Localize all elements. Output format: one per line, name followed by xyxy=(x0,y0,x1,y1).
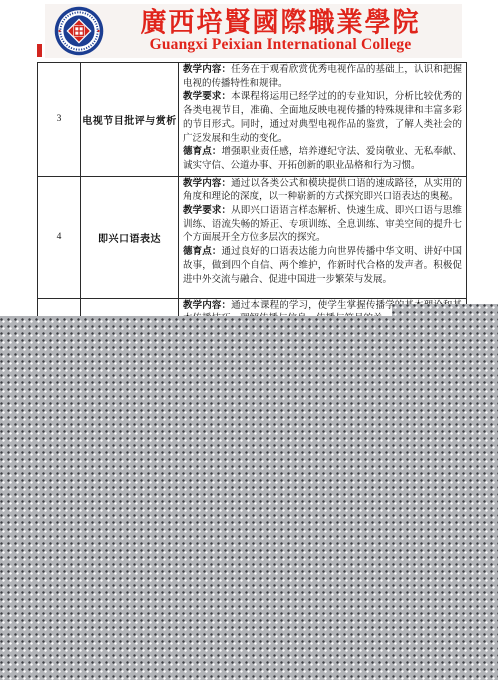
course-number-cell: 4 xyxy=(38,176,81,298)
paragraph-label: 教学内容： xyxy=(183,65,231,75)
paragraph-text: 通过良好的口语表达能力向世界传播中华文明、讲好中国故事，做到四个自信、两个维护，… xyxy=(183,247,462,284)
teaching-requirement-paragraph: 教学要求：从即兴口语语言样态解析、快速生成、即兴口语与思维训练、语流失畅的矫正、… xyxy=(183,205,462,246)
course-description-cell: 教学内容：任务在于观看欣赏优秀电视作品的基础上，认识和把握电视的传播特性和规律。… xyxy=(179,63,467,177)
paragraph-label: 教学内容： xyxy=(183,301,231,311)
moral-education-paragraph: 德育点：通过良好的口语表达能力向世界传播中华文明、讲好中国故事，做到四个自信、两… xyxy=(183,246,462,287)
college-name-chinese: 廣西培賢國際職業學院 xyxy=(105,10,456,37)
course-row-3: 3 电视节目批评与赏析 教学内容：任务在于观看欣赏优秀电视作品的基础上，认识和把… xyxy=(38,63,467,177)
unrendered-page-area xyxy=(0,304,498,680)
paragraph-label: 德育点： xyxy=(183,147,222,157)
moral-education-paragraph: 德育点：增强职业责任感，培养遵纪守法、爱岗敬业、无私奉献、诚实守信、公道办事、开… xyxy=(183,146,462,173)
college-name-block: 廣西培賢國際職業學院 Guangxi Peixian International… xyxy=(105,9,456,53)
document-page: { "header": { "college_name_zh": "廣西培賢國際… xyxy=(0,0,498,680)
paragraph-label: 教学要求： xyxy=(183,92,231,102)
paragraph-label: 德育点： xyxy=(183,247,222,257)
course-row-4: 4 即兴口语表达 教学内容：通过以各类公式和模块提供口语的速成路径，从实用的角度… xyxy=(38,176,467,298)
teaching-requirement-paragraph: 教学要求：本课程将运用已经学过的的专业知识，分析比较优秀的各类电视节目，准确、全… xyxy=(183,91,462,146)
course-name-cell: 即兴口语表达 xyxy=(81,176,179,298)
course-number-cell: 3 xyxy=(38,63,81,177)
paragraph-label: 教学要求： xyxy=(183,206,231,216)
teaching-content-paragraph: 教学内容：通过以各类公式和模块提供口语的速成路径，从实用的角度和理论的深度，以一… xyxy=(183,178,462,205)
course-description-cell: 教学内容：通过以各类公式和模块提供口语的速成路径，从实用的角度和理论的深度，以一… xyxy=(179,176,467,298)
paragraph-text: 增强职业责任感，培养遵纪守法、爱岗敬业、无私奉献、诚实守信、公道办事、开拓创新的… xyxy=(183,147,462,171)
teaching-content-paragraph: 教学内容：任务在于观看欣赏优秀电视作品的基础上，认识和把握电视的传播特性和规律。 xyxy=(183,64,462,91)
paragraph-label: 教学内容： xyxy=(183,179,231,189)
college-name-english: Guangxi Peixian International College xyxy=(105,37,456,53)
college-letterhead: 廣西培賢國際職業學院 Guangxi Peixian International… xyxy=(45,4,462,58)
course-name-cell: 电视节目批评与赏析 xyxy=(81,63,179,177)
college-logo-emblem xyxy=(53,5,105,57)
red-corner-mark xyxy=(37,44,42,57)
